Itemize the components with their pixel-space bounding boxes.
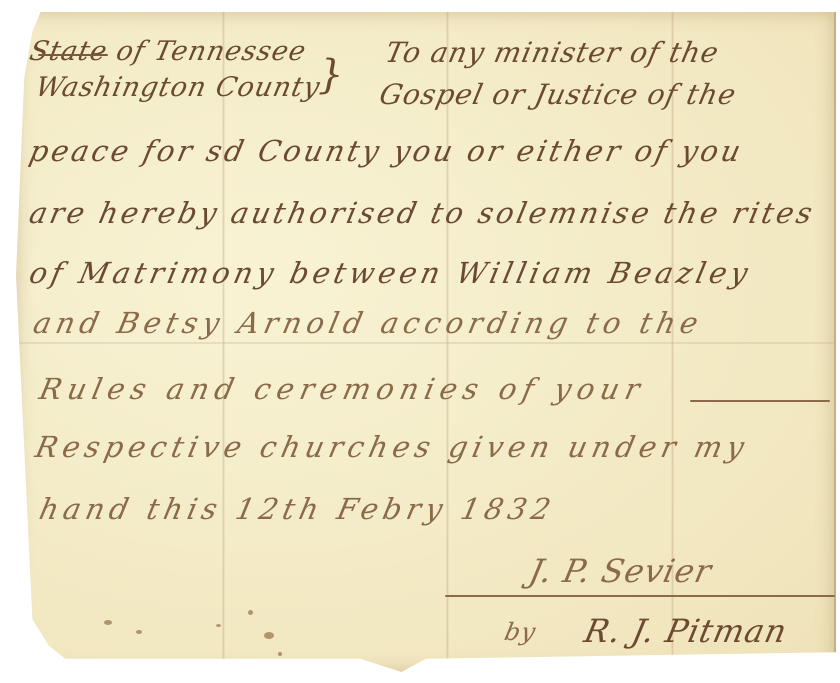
ink-stain [136, 630, 142, 634]
fold-line-horizontal [16, 342, 834, 344]
signature-deputy: R. J. Pitman [581, 612, 791, 650]
address-line-1: To any minister of the [382, 36, 722, 69]
strike-rule [38, 54, 108, 56]
document-paper [16, 12, 836, 672]
header-county: Washington County [33, 72, 324, 103]
signature-underline [445, 595, 835, 597]
ink-stain [248, 610, 253, 615]
signature-by: by [502, 618, 539, 646]
address-line-2: Gospel or Justice of the [376, 78, 739, 111]
body-line-3: of Matrimony between William Beazley [26, 256, 754, 290]
signature-name: J. P. Sevier [526, 552, 716, 590]
ink-stain [216, 624, 221, 627]
header-state: State of Tennessee [27, 36, 310, 67]
ink-stain [104, 620, 112, 625]
ink-stain [264, 632, 274, 639]
header-brace: } [318, 52, 343, 98]
ink-stain [278, 652, 282, 656]
body-line-5: Rules and ceremonies of your [36, 372, 648, 406]
body-line-4: and Betsy Arnold according to the [30, 306, 706, 340]
body-line-7: hand this 12th Febry 1832 [36, 492, 558, 526]
body-line-2: are hereby authorised to solemnise the r… [26, 196, 818, 230]
body-line-1: peace for sd County you or either of you [26, 134, 746, 168]
body-line-6: Respective churches given under my [32, 430, 752, 464]
line-fill-rule [690, 400, 830, 402]
